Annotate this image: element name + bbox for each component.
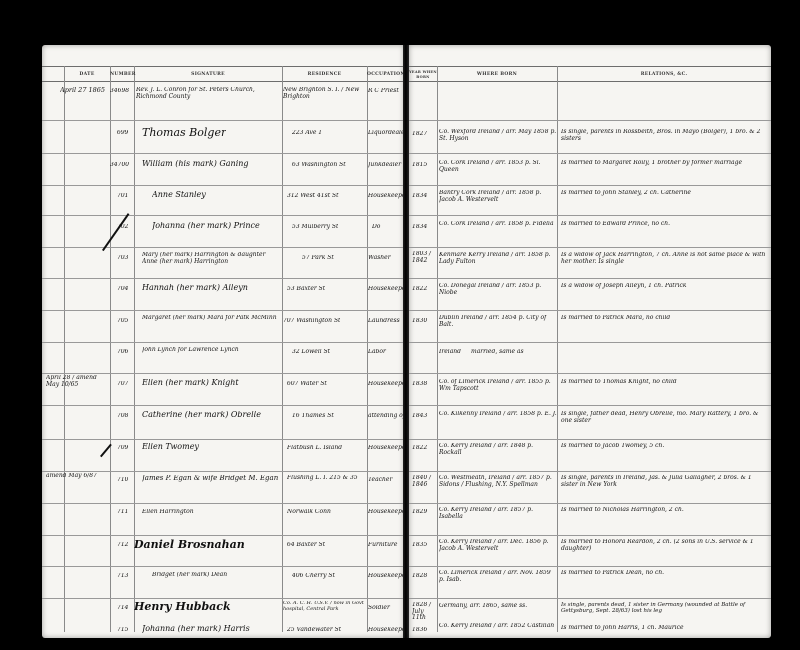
residence-cell: 312 West 41st St: [287, 193, 339, 200]
residence-cell: 57 Park St: [302, 255, 334, 262]
where-born-cell: Co. Westmeath, Ireland / arr. 1857 p. Si…: [439, 475, 557, 488]
year-cell: 1838: [412, 381, 427, 388]
signature-cell: Anne Stanley: [152, 191, 206, 200]
residence-cell: 32 Lowell St: [292, 349, 330, 356]
header-year-born: Year when born: [409, 70, 437, 84]
occupation-cell: Liquordealer: [368, 130, 404, 137]
number-cell: 699: [117, 130, 128, 137]
number-cell: 713: [117, 573, 128, 580]
where-born-cell: Co. Cork Ireland / arr. 1853 p. Sl. Quee…: [439, 160, 557, 173]
residence-cell: Norwalk Conn: [287, 509, 331, 516]
residence-cell: New Brighton S. I. / New Brighton: [283, 87, 367, 100]
relations-cell: Is married to John Stanley, 2 ch. Cather…: [561, 190, 769, 197]
signature-cell: Daniel Brosnahan: [134, 539, 245, 551]
occupation-cell: Housekeeper: [368, 509, 404, 516]
number-cell: 708: [117, 413, 128, 420]
occupation-cell: Soldier: [368, 605, 404, 612]
check-mark-icon: [102, 213, 129, 251]
residence-cell: 16 Thames St: [292, 413, 334, 420]
signature-cell: Johanna (her mark) Harris: [142, 625, 250, 634]
date-cell: April 28 / amend May 10/65: [46, 375, 110, 388]
residence-cell: Flushing L. I. 215 & 35: [287, 475, 367, 482]
signature-cell: Hannah (her mark) Alleyn: [142, 284, 248, 293]
occupation-cell: Housekeeper: [368, 286, 404, 293]
residence-cell: Co. A. C. H. U.S.V. / now in Govt hospit…: [283, 601, 367, 612]
relations-cell: Is married to Patrick Dean, no ch.: [561, 570, 769, 577]
relations-cell: married, same as: [471, 349, 524, 356]
number-cell: 709: [117, 445, 128, 452]
where-born-cell: Co. Kerry Ireland / arr. 1857 p. Isabell…: [439, 507, 557, 520]
relations-cell: Is married to Thomas Knight, no child: [561, 379, 769, 386]
year-cell: 1834: [412, 193, 427, 200]
occupation-cell: Do: [372, 224, 404, 231]
number-cell: 705: [117, 318, 128, 325]
year-cell: 1843: [412, 413, 427, 420]
year-cell: 1829: [412, 509, 427, 516]
where-born-cell: Co. Kerry Ireland / arr. Dec. 1856 p. Ja…: [439, 539, 557, 552]
relations-cell: Is a widow of Jack Harrington, 7 ch. Ann…: [561, 252, 769, 265]
occupation-cell: Labor: [368, 349, 404, 356]
year-cell: 1828: [412, 573, 427, 580]
year-cell: 1840 / 1846: [412, 475, 436, 488]
where-born-cell: Co. Donegal Ireland / arr. 1853 p. Niobe: [439, 283, 557, 296]
relations-cell: Is married to Patrick Mara, no child: [561, 315, 769, 322]
where-born-cell: Ireland: [439, 349, 461, 356]
occupation-cell: Housekeeper: [368, 627, 404, 634]
number-cell: 710: [117, 477, 128, 484]
year-cell: 1822: [412, 445, 427, 452]
number-cell: 706: [117, 349, 128, 356]
where-born-cell: Bantry Cork Ireland / arr. 1858 p. Jacob…: [439, 190, 557, 203]
where-born-cell: Co. Wexford Ireland / arr. May 1858 p. S…: [439, 129, 557, 142]
year-cell: 1828 / July 11th: [412, 602, 436, 622]
residence-cell: 53 Baxter St: [287, 286, 325, 293]
where-born-cell: Co. of Limerick Ireland / arr. 1855 p. W…: [439, 379, 557, 392]
relations-cell: Is single, father dead, Henry Obrelle, m…: [561, 411, 769, 424]
header-where-born: Where born: [437, 68, 557, 82]
number-cell: 701: [117, 193, 128, 200]
signature-cell: Henry Hubback: [134, 601, 231, 613]
signature-cell: Thomas Bolger: [142, 127, 226, 139]
number-cell: 715: [117, 627, 128, 634]
relations-cell: Is married to Edward Prince, no ch.: [561, 221, 769, 228]
signature-cell: William (his mark) Ganing: [142, 160, 249, 169]
signature-cell: John Lynch for Lawrence Lynch: [142, 347, 282, 354]
residence-cell: 707 Washington St: [283, 318, 340, 325]
where-born-cell: Dublin Ireland / arr. 1854 p. City of Ba…: [439, 315, 557, 328]
relations-cell: Is married to John Harris, 1 ch. Maurice: [561, 625, 769, 632]
signature-cell: Ellen Harrington: [142, 509, 194, 516]
header-residence: Residence: [282, 68, 367, 82]
number-cell: 714: [117, 605, 128, 612]
occupation-cell: Furniture: [368, 542, 404, 549]
relations-cell: Is married to Margaret Roily, 1 brother …: [561, 160, 769, 167]
occupation-cell: Housekeeper: [368, 445, 404, 452]
occupation-cell: Junkdealer: [368, 162, 404, 169]
occupation-cell: Laundress: [368, 318, 404, 325]
header-date: Date: [64, 68, 110, 82]
signature-cell: Ellen Twomey: [142, 443, 199, 452]
where-born-cell: Co. Limerick Ireland / arr. Nov. 1859 p.…: [439, 570, 557, 583]
residence-cell: 607 Water St: [287, 381, 327, 388]
number-cell: 704: [117, 286, 128, 293]
occupation-cell: Housekeeper: [368, 381, 404, 388]
number-cell: 711: [117, 509, 128, 516]
where-born-cell: Co. Cork Ireland / arr. 1858 p. Fidelia: [439, 221, 557, 228]
occupation-cell: Teacher: [368, 477, 404, 484]
year-cell: 1827: [412, 131, 427, 138]
residence-cell: 25 Vandewater St: [287, 627, 341, 634]
date-cell: April 27 1865: [60, 87, 112, 94]
number-cell: 702: [117, 224, 128, 231]
signature-cell: Margaret (her mark) Mara for Patk McMinn: [142, 315, 282, 322]
relations-cell: Is single, parents in Ireland, Jas. & Ju…: [561, 475, 769, 488]
signature-cell: Mary (her mark) Harrington & daughter An…: [142, 252, 282, 265]
header-signature: Signature: [134, 68, 282, 82]
number-cell: 34700: [110, 162, 129, 169]
number-cell: 703: [117, 255, 128, 262]
signature-cell: Rev. J. L. Conron for St. Peters Church,…: [136, 87, 282, 100]
number-cell: 712: [117, 542, 128, 549]
year-cell: 1834: [412, 224, 427, 231]
year-cell: 1836: [412, 627, 427, 634]
where-born-cell: Germany, arr. 1865, same ss.: [439, 603, 557, 610]
residence-cell: 223 Ave 1: [292, 130, 322, 137]
left-ledger-page: Date Number Signature Residence Occupati…: [42, 45, 404, 638]
residence-cell: 53 Mulberry St: [292, 224, 338, 231]
date-cell: amend May 6/87: [46, 473, 102, 480]
signature-cell: James P. Egan & wife Bridget M. Egan: [142, 475, 282, 483]
right-ledger-page: Year when born Where born Relations, &c.…: [409, 45, 771, 638]
where-born-cell: Co. Kilkenny Ireland / arr. 1858 p. E. J…: [439, 411, 557, 418]
relations-cell: Is married to Honora Reardon, 2 ch. (2 s…: [561, 539, 769, 552]
header-relations: Relations, &c.: [557, 68, 771, 82]
occupation-cell: Housekeeper: [368, 573, 404, 580]
header-occupation: Occupation: [367, 68, 404, 82]
year-cell: 1835: [412, 542, 427, 549]
relations-cell: Is single, parents dead, 1 sister in Ger…: [561, 602, 769, 614]
header-number: Number: [110, 68, 134, 82]
number-cell: 707: [117, 381, 128, 388]
signature-cell: Bridget (her mark) Dean: [152, 572, 227, 579]
signature-cell: Catherine (her mark) Obrelle: [142, 411, 261, 420]
year-cell: 1830: [412, 318, 427, 325]
occupation-cell: R C Priest: [368, 88, 404, 95]
occupation-cell: attending office: [368, 413, 404, 420]
year-cell: 1815: [412, 162, 427, 169]
occupation-cell: Washer: [368, 255, 404, 262]
relations-cell: Is married to Nicholas Harrington, 2 ch.: [561, 507, 769, 514]
where-born-cell: Co. Kerry Ireland / arr. 1848 p. Rockall: [439, 443, 557, 456]
year-cell: 1803 / 1842: [412, 251, 436, 264]
residence-cell: Flatbush L. Island: [287, 445, 367, 452]
relations-cell: Is single, parents in Rossbeith, Bros. i…: [561, 129, 769, 142]
signature-cell: Ellen (her mark) Knight: [142, 379, 239, 388]
relations-cell: Is a widow of Joseph Alleyn, 1 ch. Patri…: [561, 283, 769, 290]
residence-cell: 64 Baxter St: [287, 542, 325, 549]
residence-cell: 406 Cherry St: [292, 573, 335, 580]
signature-cell: Johanna (her mark) Prince: [152, 222, 260, 231]
occupation-cell: Housekeeper: [368, 193, 404, 200]
year-cell: 1822: [412, 286, 427, 293]
relations-cell: Is married to Jacob Twomey, 5 ch.: [561, 443, 769, 450]
residence-cell: 63 Washington St: [292, 162, 346, 169]
where-born-cell: Kenmare Kerry Ireland / arr. 1858 p. Lad…: [439, 252, 557, 265]
where-born-cell: Co. Kerry Ireland / arr. 1852 Castilian: [439, 623, 557, 630]
number-cell: 34698: [110, 88, 129, 95]
